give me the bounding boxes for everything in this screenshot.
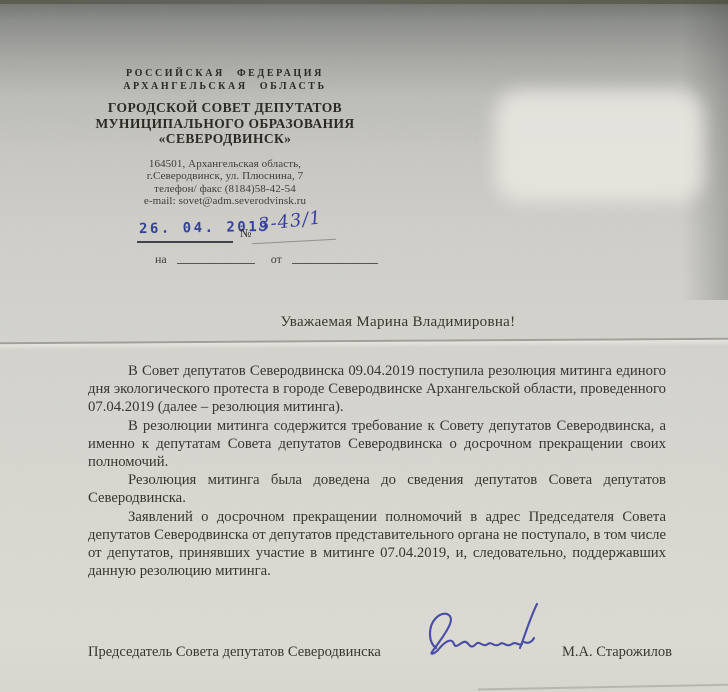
letterhead: РОССИЙСКАЯ ФЕДЕРАЦИЯ АРХАНГЕЛЬСКАЯ ОБЛАС… — [58, 68, 392, 208]
paragraph-1: В Совет депутатов Северодвинска 09.04.20… — [88, 362, 666, 417]
date-underline — [137, 241, 233, 243]
na-blank-line — [177, 263, 255, 264]
address-line1: 164501, Архангельская область, — [58, 158, 392, 171]
signer-title: Председатель Совета депутатов Северодвин… — [88, 644, 381, 661]
letterhead-org: ГОРОДСКОЙ СОВЕТ ДЕПУТАТОВ МУНИЦИПАЛЬНОГО… — [58, 100, 392, 147]
number-sign: № — [240, 226, 251, 241]
number-underline — [252, 239, 336, 244]
letterhead-country: РОССИЙСКАЯ ФЕДЕРАЦИЯ — [58, 68, 392, 81]
photo-top-edge — [0, 0, 728, 4]
signature-ink-icon — [420, 596, 550, 674]
letterhead-org-line3: «СЕВЕРОДВИНСК» — [58, 131, 392, 147]
address-line2: г.Северодвинск, ул. Плюснина, 7 — [58, 170, 392, 183]
ot-blank-line — [292, 263, 378, 264]
paragraph-2: В резолюции митинга содержится требовани… — [88, 417, 666, 472]
redacted-blur-patch — [495, 90, 703, 202]
salutation: Уважаемая Марина Владимировна! — [238, 314, 558, 331]
bottom-crease — [478, 684, 728, 691]
reference-na-ot-row: на от — [155, 252, 378, 267]
address-line3: телефон/ факс (8184)58-42-54 — [58, 183, 392, 196]
letterhead-org-line2: МУНИЦИПАЛЬНОГО ОБРАЗОВАНИЯ — [58, 116, 392, 132]
paragraph-3: Резолюция митинга была доведена до сведе… — [88, 471, 666, 507]
letterhead-region: АРХАНГЕЛЬСКАЯ ОБЛАСТЬ — [58, 81, 392, 94]
signer-name: М.А. Старожилов — [562, 644, 672, 661]
letter-body: В Совет депутатов Северодвинска 09.04.20… — [88, 362, 666, 580]
letter-photo: РОССИЙСКАЯ ФЕДЕРАЦИЯ АРХАНГЕЛЬСКАЯ ОБЛАС… — [0, 0, 728, 692]
letterhead-org-line1: ГОРОДСКОЙ СОВЕТ ДЕПУТАТОВ — [58, 100, 392, 116]
na-label: на — [155, 252, 167, 267]
ot-label: от — [271, 252, 282, 267]
handwritten-number: 3-43/1 — [257, 207, 323, 236]
address-line4: e-mail: sovet@adm.severodvinsk.ru — [58, 195, 392, 208]
paragraph-4: Заявлений о досрочном прекращении полном… — [88, 508, 666, 581]
letterhead-address: 164501, Архангельская область, г.Северод… — [58, 158, 392, 208]
